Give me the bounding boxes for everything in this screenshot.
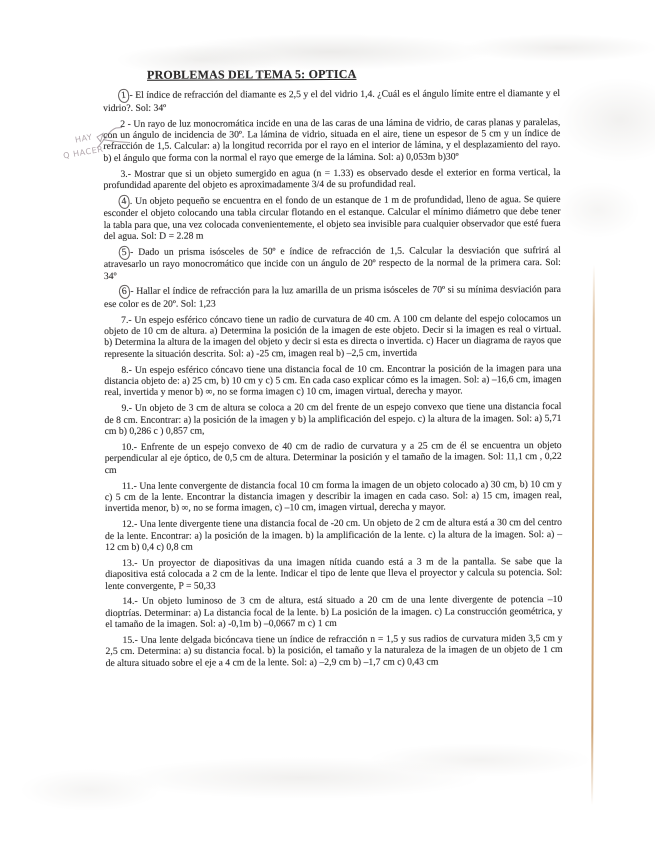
problem-number: 13.-: [122, 558, 137, 569]
problem-text: Una lente delgada bicóncava tiene un índ…: [106, 633, 563, 669]
problem-number: 1-: [120, 90, 133, 101]
problem-number: 5-: [121, 247, 134, 258]
handwritten-note-line2: Q HACER: [63, 145, 105, 161]
problem-13: 13.- Un proyector de diapositivas da una…: [105, 556, 562, 592]
problem-11: 11.- Una lente convergente de distancia …: [105, 479, 562, 515]
problem-9: 9.- Un objeto de 3 cm de altura se coloc…: [104, 401, 561, 437]
document-title: PROBLEMAS DEL TEMA 5: OPTICA: [147, 68, 560, 81]
problem-number: 6-: [121, 286, 134, 297]
problem-text: Mostrar que si un objeto sumergido en ag…: [103, 167, 560, 191]
problem-number: 15.-: [122, 635, 137, 646]
problem-2: 2 - Un rayo de luz monocromática incide …: [103, 117, 560, 164]
problem-number: 9.-: [121, 403, 132, 414]
problem-3: 3.- Mostrar que si un objeto sumergido e…: [103, 167, 560, 192]
problem-text: Dado un prisma isósceles de 50º e índice…: [104, 245, 561, 282]
problem-text: Un espejo esférico cóncavo tiene una dis…: [104, 363, 561, 399]
problem-text: Enfrente de un espejo convexo de 40 cm d…: [105, 440, 562, 476]
problem-number: 2 -: [120, 119, 131, 130]
problem-number: 10.-: [122, 442, 137, 453]
problem-text: Hallar el índice de refracción para la l…: [104, 284, 561, 309]
problem-text: Una lente divergente tiene una distancia…: [105, 517, 562, 553]
problem-15: 15.- Una lente delgada bicóncava tiene u…: [105, 633, 562, 669]
document-body: PROBLEMAS DEL TEMA 5: OPTICA 1- El índic…: [103, 68, 563, 674]
problem-text: Un objeto de 3 cm de altura se coloca a …: [105, 401, 562, 437]
problem-6: 6- Hallar el índice de refracción para l…: [104, 284, 561, 310]
problem-number: 8.-: [121, 365, 132, 376]
problem-text: Un proyector de diapositivas da una imag…: [105, 556, 562, 592]
problem-text: Un objeto luminoso de 3 cm de altura, es…: [105, 594, 562, 630]
handwritten-note-line1: HAY: [74, 132, 93, 144]
problem-number: 14.-: [122, 596, 137, 607]
problem-4: 4. Un objeto pequeño se encuentra en el …: [104, 194, 561, 242]
problem-text: El índice de refracción del diamante es …: [103, 88, 560, 113]
problem-text: Una lente convergente de distancia focal…: [105, 479, 562, 515]
problem-1: 1- El índice de refracción del diamante …: [103, 88, 560, 114]
problem-12: 12.- Una lente divergente tiene una dist…: [105, 517, 562, 553]
problem-number: 11.-: [122, 480, 137, 491]
problem-8: 8.- Un espejo esférico cóncavo tiene una…: [104, 363, 561, 399]
page-edge: [591, 265, 595, 805]
problem-5: 5- Dado un prisma isósceles de 50º e índ…: [104, 245, 561, 282]
problem-text: Un rayo de luz monocromática incide en u…: [103, 117, 560, 164]
problem-10: 10.- Enfrente de un espejo convexo de 40…: [105, 440, 562, 476]
problem-number: 12.-: [122, 519, 137, 530]
problem-number: 3.-: [120, 168, 131, 179]
problem-14: 14.- Un objeto luminoso de 3 cm de altur…: [105, 594, 562, 630]
problem-number: 4.: [121, 196, 133, 207]
problem-text: Un espejo esférico cóncavo tiene un radi…: [104, 313, 561, 360]
problem-text: Un objeto pequeño se encuentra en el fon…: [104, 194, 561, 242]
scanned-document-page: { "document": { "title": "PROBLEMAS DEL …: [0, 0, 655, 848]
problem-7: 7.- Un espejo esférico cóncavo tiene un …: [104, 313, 561, 360]
problem-number: 7.-: [121, 315, 132, 326]
